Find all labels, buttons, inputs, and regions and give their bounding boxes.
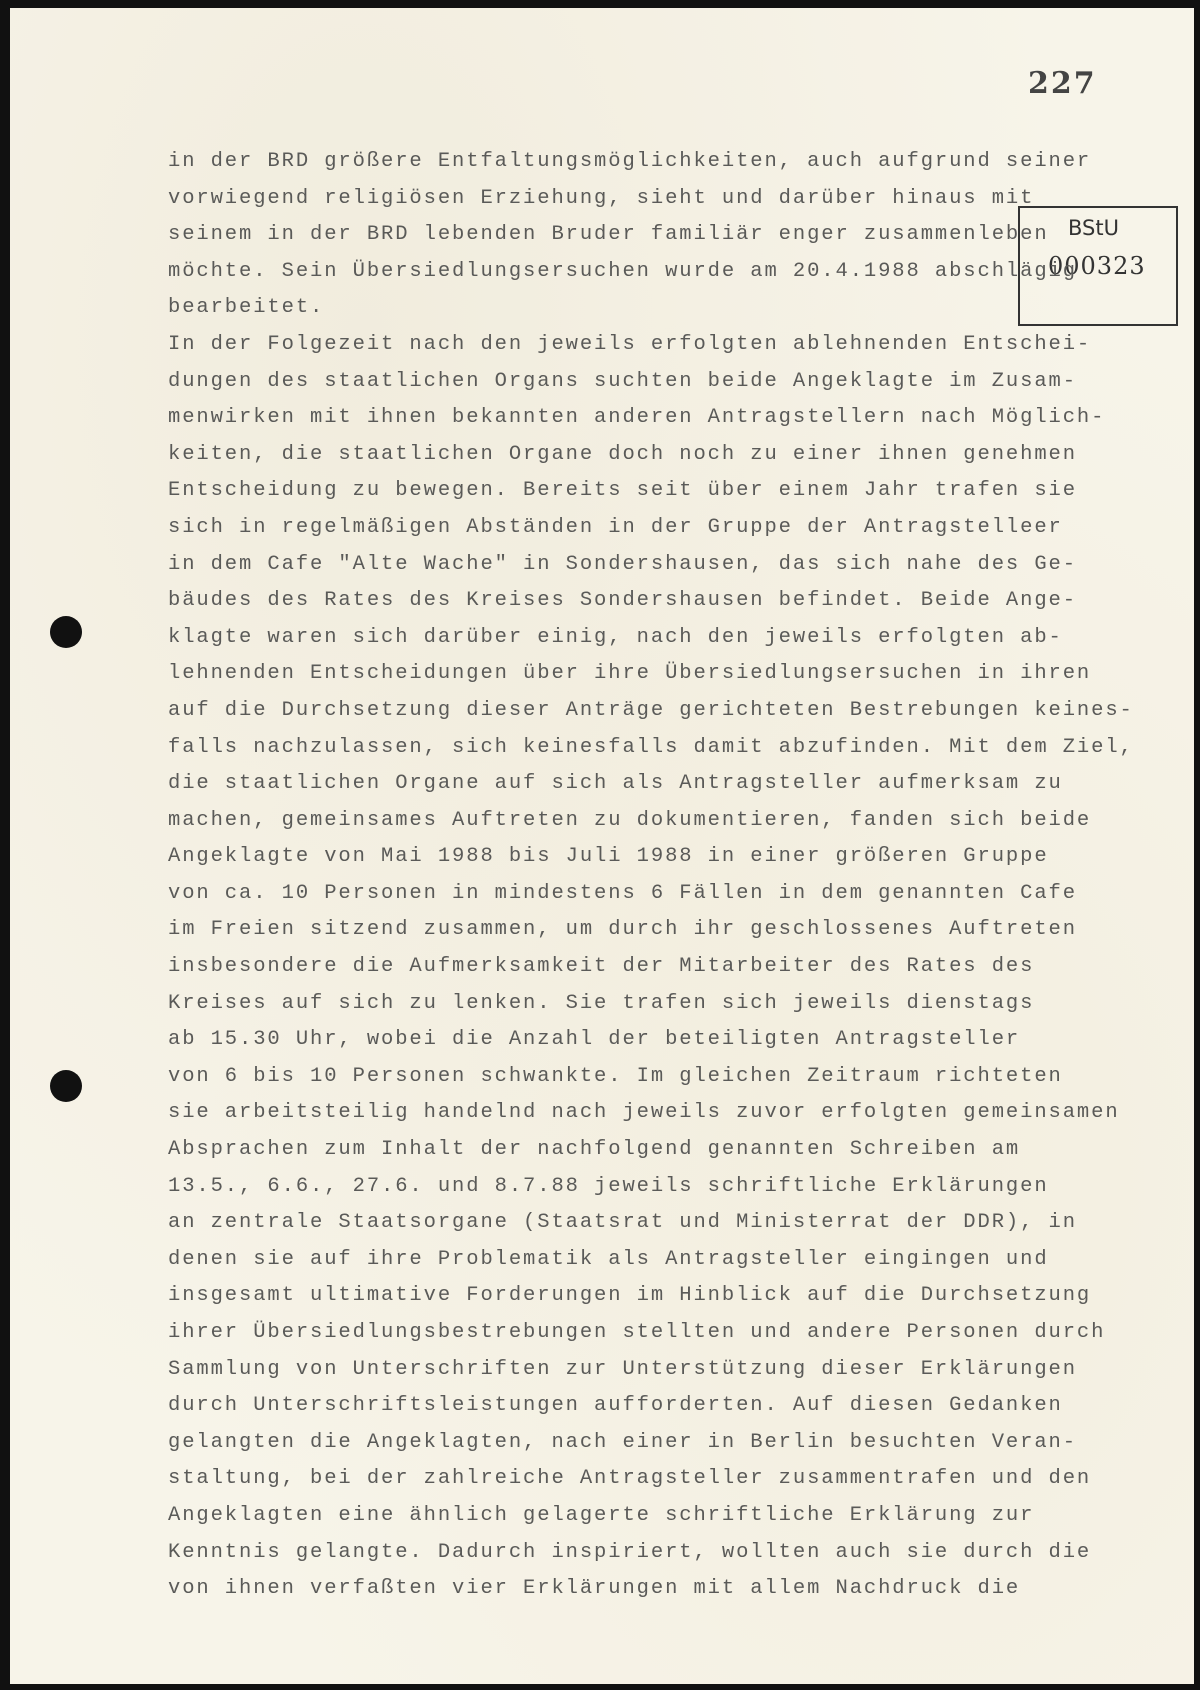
text-line: falls nachzulassen, sich keinesfalls dam… [168, 730, 1168, 767]
text-line: bearbeitet. [168, 290, 1168, 327]
text-line: sich in regelmäßigen Abständen in der Gr… [168, 510, 1168, 547]
punch-hole-icon [50, 1070, 82, 1102]
document-page: 227 BStU 000323 in der BRD größere Entfa… [10, 8, 1194, 1684]
text-line: möchte. Sein Übersiedlungsersuchen wurde… [168, 254, 1168, 291]
text-line: von 6 bis 10 Personen schwankte. Im glei… [168, 1059, 1168, 1096]
text-line: ihrer Übersiedlungsbestrebungen stellten… [168, 1315, 1168, 1352]
text-line: bäudes des Rates des Kreises Sondershaus… [168, 583, 1168, 620]
text-line: Entscheidung zu bewegen. Bereits seit üb… [168, 473, 1168, 510]
text-line: denen sie auf ihre Problematik als Antra… [168, 1242, 1168, 1279]
text-line: an zentrale Staatsorgane (Staatsrat und … [168, 1205, 1168, 1242]
text-line: dungen des staatlichen Organs suchten be… [168, 364, 1168, 401]
text-line: in der BRD größere Entfaltungsmöglichkei… [168, 144, 1168, 181]
text-line: In der Folgezeit nach den jeweils erfolg… [168, 327, 1168, 364]
text-line: staltung, bei der zahlreiche Antragstell… [168, 1461, 1168, 1498]
text-line: sie arbeitsteilig handelnd nach jeweils … [168, 1095, 1168, 1132]
text-line: Sammlung von Unterschriften zur Unterstü… [168, 1352, 1168, 1389]
text-line: 13.5., 6.6., 27.6. und 8.7.88 jeweils sc… [168, 1169, 1168, 1206]
text-line: insbesondere die Aufmerksamkeit der Mita… [168, 949, 1168, 986]
text-line: in dem Cafe "Alte Wache" in Sondershause… [168, 547, 1168, 584]
punch-hole-icon [50, 616, 82, 648]
text-line: keiten, die staatlichen Organe doch noch… [168, 437, 1168, 474]
text-line: Angeklagte von Mai 1988 bis Juli 1988 in… [168, 839, 1168, 876]
text-line: menwirken mit ihnen bekannten anderen An… [168, 400, 1168, 437]
text-line: Kreises auf sich zu lenken. Sie trafen s… [168, 986, 1168, 1023]
text-line: Angeklagten eine ähnlich gelagerte schri… [168, 1498, 1168, 1535]
text-line: insgesamt ultimative Forderungen im Hinb… [168, 1278, 1168, 1315]
text-line: machen, gemeinsames Auftreten zu dokumen… [168, 803, 1168, 840]
text-line: gelangten die Angeklagten, nach einer in… [168, 1425, 1168, 1462]
text-line: Absprachen zum Inhalt der nachfolgend ge… [168, 1132, 1168, 1169]
folio-number: 227 [1028, 66, 1097, 101]
text-line: klagte waren sich darüber einig, nach de… [168, 620, 1168, 657]
text-line: im Freien sitzend zusammen, um durch ihr… [168, 912, 1168, 949]
typewritten-body: in der BRD größere Entfaltungsmöglichkei… [168, 144, 1168, 1608]
text-line: von ihnen verfaßten vier Erklärungen mit… [168, 1571, 1168, 1608]
text-line: vorwiegend religiösen Erziehung, sieht u… [168, 181, 1168, 218]
text-line: Kenntnis gelangte. Dadurch inspiriert, w… [168, 1535, 1168, 1572]
text-line: seinem in der BRD lebenden Bruder famili… [168, 217, 1168, 254]
text-line: die staatlichen Organe auf sich als Antr… [168, 766, 1168, 803]
text-line: lehnenden Entscheidungen über ihre Übers… [168, 656, 1168, 693]
text-line: von ca. 10 Personen in mindestens 6 Fäll… [168, 876, 1168, 913]
text-line: durch Unterschriftsleistungen auffordert… [168, 1388, 1168, 1425]
text-line: auf die Durchsetzung dieser Anträge geri… [168, 693, 1168, 730]
text-line: ab 15.30 Uhr, wobei die Anzahl der betei… [168, 1022, 1168, 1059]
